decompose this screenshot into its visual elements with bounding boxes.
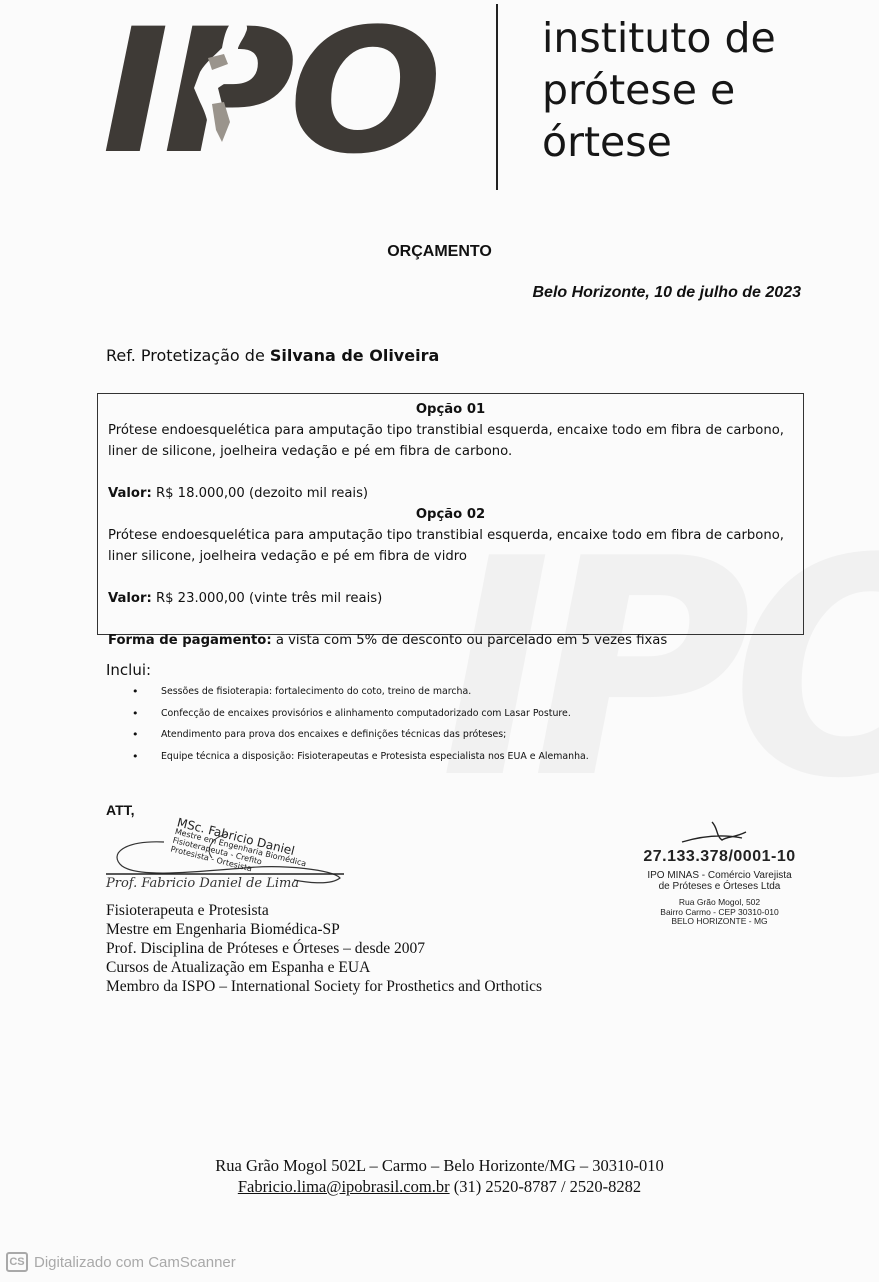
option-2-title: Opção 02 [108,504,793,525]
cnpj: 27.133.378/0001-10 [622,848,817,866]
reference-line: Ref. Protetização de Silvana de Oliveira [106,346,439,365]
company-stamp: 27.133.378/0001-10 IPO MINAS - Comércio … [622,818,817,927]
option-1-description: Prótese endoesquelética para amputação t… [108,420,793,462]
camscanner-icon: CS [6,1252,28,1272]
stamp-signature-icon [672,818,762,846]
email-link[interactable]: Fabricio.lima@ipobrasil.com.br [238,1177,450,1196]
includes-label: Inclui: [106,661,151,679]
list-item: Equipe técnica a disposição: Fisioterape… [120,746,589,768]
runner-figure-icon [194,18,264,166]
camscanner-text: Digitalizado com CamScanner [34,1254,236,1271]
option-2-description: Prótese endoesquelética para amputação t… [108,525,793,567]
patient-name: Silvana de Oliveira [270,346,439,365]
credentials: Fisioterapeuta e Protesista Mestre em En… [106,901,542,996]
credential-line: Mestre em Engenharia Biomédica-SP [106,920,542,939]
phone-numbers: (31) 2520-8787 / 2520-8282 [450,1177,642,1196]
reference-prefix: Ref. Protetização de [106,346,270,365]
option-2-value: Valor: R$ 23.000,00 (vinte três mil reai… [108,588,793,609]
list-item: Confecção de encaixes provisórios e alin… [120,703,589,725]
footer-contact: Fabricio.lima@ipobrasil.com.br (31) 2520… [0,1176,879,1197]
value-label: Valor: [108,591,152,606]
institute-name: instituto de prótese e órtese [542,12,776,168]
camscanner-badge: CS Digitalizado com CamScanner [6,1252,236,1272]
payment-text: a vista com 5% de desconto ou parcelado … [272,633,668,648]
list-item: Sessões de fisioterapia: fortalecimento … [120,681,589,703]
option-1-title: Opção 01 [108,399,793,420]
footer-address: Rua Grão Mogol 502L – Carmo – Belo Horiz… [0,1155,879,1176]
company-line: de Próteses e Órteses Ltda [622,881,817,892]
credential-line: Prof. Disciplina de Próteses e Órteses –… [106,939,542,958]
credential-line: Cursos de Atualização em Espanha e EUA [106,958,542,977]
value-amount: R$ 18.000,00 (dezoito mil reais) [152,486,368,501]
credential-line: Fisioterapeuta e Protesista [106,901,542,920]
value-label: Valor: [108,486,152,501]
logo-text: IPO [102,18,469,166]
list-item: Atendimento para prova dos encaixes e de… [120,724,589,746]
credential-line: Membro da ISPO – International Society f… [106,977,542,996]
signed-name: Prof. Fabricio Daniel de Lima [106,876,299,891]
includes-list: Sessões de fisioterapia: fortalecimento … [120,681,589,767]
company-line: IPO MINAS - Comércio Varejista [622,870,817,881]
payment-label: Forma de pagamento: [108,633,272,648]
option-1-value: Valor: R$ 18.000,00 (dezoito mil reais) [108,483,793,504]
value-amount: R$ 23.000,00 (vinte três mil reais) [152,591,383,606]
company-name: IPO MINAS - Comércio Varejista de Prótes… [622,870,817,892]
closing: ATT, [106,802,135,818]
logo-divider [496,4,498,190]
company-address: Rua Grão Mogol, 502 Bairro Carmo - CEP 3… [622,898,817,927]
ipo-logo: IPO [102,18,452,166]
payment-terms: Forma de pagamento: a vista com 5% de de… [108,630,793,651]
footer: Rua Grão Mogol 502L – Carmo – Belo Horiz… [0,1155,879,1197]
date-line: Belo Horizonte, 10 de julho de 2023 [532,284,801,302]
quote-options-box: Opção 01 Prótese endoesquelética para am… [97,393,804,635]
document-title: ORÇAMENTO [0,243,879,261]
address-line: BELO HORIZONTE - MG [622,917,817,927]
